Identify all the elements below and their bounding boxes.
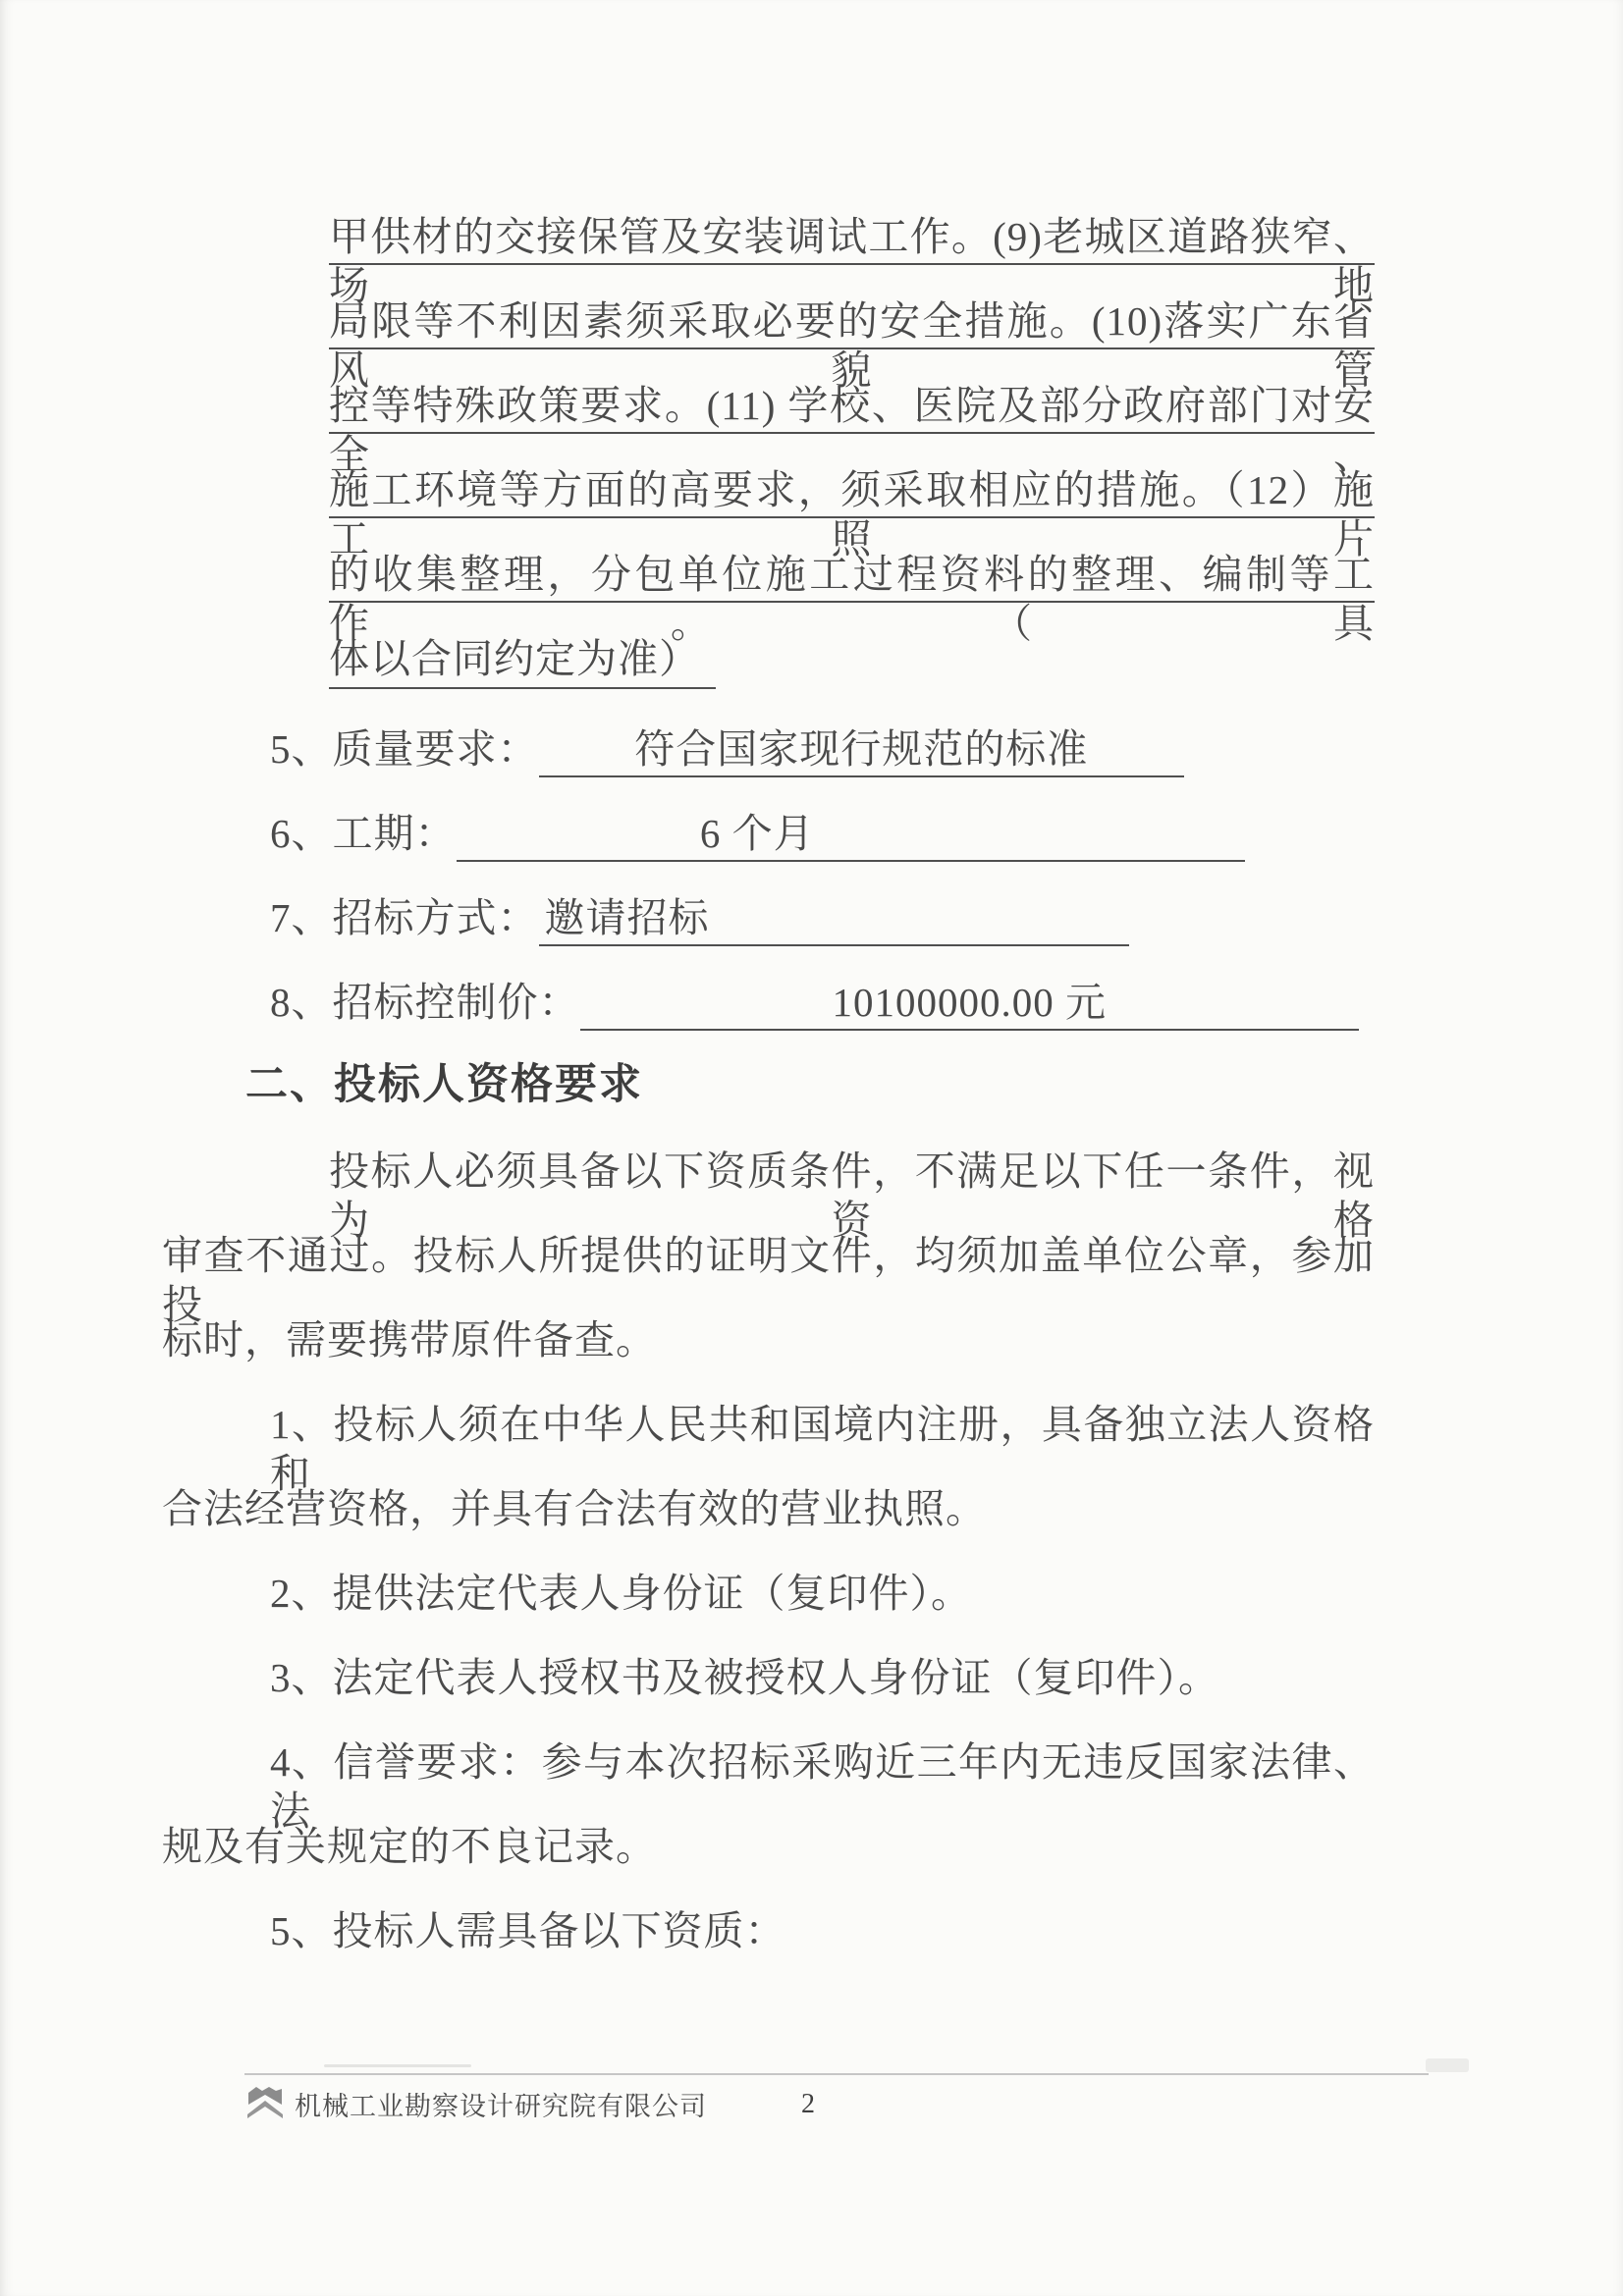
form-item-label: 8、招标控制价： xyxy=(270,946,580,1031)
page-content: 甲供材的交接保管及安装调试工作。(9)老城区道路狭窄、场地 局限等不利因素须采取… xyxy=(162,181,1375,1959)
form-item-construction-period: 6、工期：6 个月 xyxy=(270,777,1245,862)
paragraph-line: 甲供材的交接保管及安装调试工作。(9)老城区道路狭窄、场地 xyxy=(329,181,1375,265)
section-body: 投标人必须具备以下资质条件，不满足以下任一条件，视为资格 审查不通过。投标人所提… xyxy=(162,1115,1375,1959)
underlined-text: 体以合同约定为准） xyxy=(329,634,716,689)
section-heading-bidder-qualifications: 二、投标人资格要求 xyxy=(245,1031,1375,1115)
form-item-value: 10100000.00 元 xyxy=(833,946,1108,1029)
section-item-line: 2、提供法定代表人身份证（复印件）。 xyxy=(270,1537,1375,1622)
footer: 机械工业勘察设计研究院有限公司 xyxy=(245,2085,707,2128)
section-line: 规及有关规定的不良记录。 xyxy=(162,1790,1375,1875)
footer-company-name: 机械工业勘察设计研究院有限公司 xyxy=(295,2085,707,2128)
form-item-tender-method: 7、招标方式：邀请招标 xyxy=(270,862,1129,946)
form-item-value: 6 个月 xyxy=(700,777,815,860)
section-line: 合法经营资格，并具有合法有效的营业执照。 xyxy=(162,1453,1375,1537)
section-item-line: 5、投标人需具备以下资质： xyxy=(270,1875,1375,1959)
section-line: 投标人必须具备以下资质条件，不满足以下任一条件，视为资格 xyxy=(329,1115,1375,1200)
continued-paragraph: 甲供材的交接保管及安装调试工作。(9)老城区道路狭窄、场地 局限等不利因素须采取… xyxy=(162,181,1375,687)
form-item-value: 邀请招标 xyxy=(539,862,710,944)
section-line: 标时，需要携带原件备查。 xyxy=(162,1284,1375,1368)
form-item-label: 5、质量要求： xyxy=(270,693,539,777)
scan-smudge xyxy=(324,2064,471,2067)
form-blank-line: 6 个月 xyxy=(457,777,1246,862)
footer-divider xyxy=(244,2073,1429,2075)
section-item-line: 3、法定代表人授权书及被授权人身份证（复印件）。 xyxy=(270,1622,1375,1706)
mountain-peaks-logo-icon xyxy=(245,2085,285,2128)
form-blank-line: 邀请招标 xyxy=(539,862,1130,946)
form-blank-line: 10100000.00 元 xyxy=(580,946,1360,1031)
form-item-quality-requirement: 5、质量要求：符合国家现行规范的标准 xyxy=(270,693,1184,777)
scan-smudge xyxy=(1426,2058,1469,2072)
form-blank-line: 符合国家现行规范的标准 xyxy=(539,693,1185,777)
form-item-label: 6、工期： xyxy=(270,777,457,862)
form-item-tender-control-price: 8、招标控制价：10100000.00 元 xyxy=(270,946,1359,1031)
form-item-value: 符合国家现行规范的标准 xyxy=(634,693,1088,775)
document-page: 甲供材的交接保管及安装调试工作。(9)老城区道路狭窄、场地 局限等不利因素须采取… xyxy=(0,0,1623,2296)
page-number: 2 xyxy=(801,2089,815,2120)
section-item-line: 1、投标人须在中华人民共和国境内注册，具备独立法人资格和 xyxy=(270,1368,1375,1453)
form-item-label: 7、招标方式： xyxy=(270,862,539,946)
section-item-line: 4、信誉要求：参与本次招标采购近三年内无违反国家法律、法 xyxy=(270,1706,1375,1790)
